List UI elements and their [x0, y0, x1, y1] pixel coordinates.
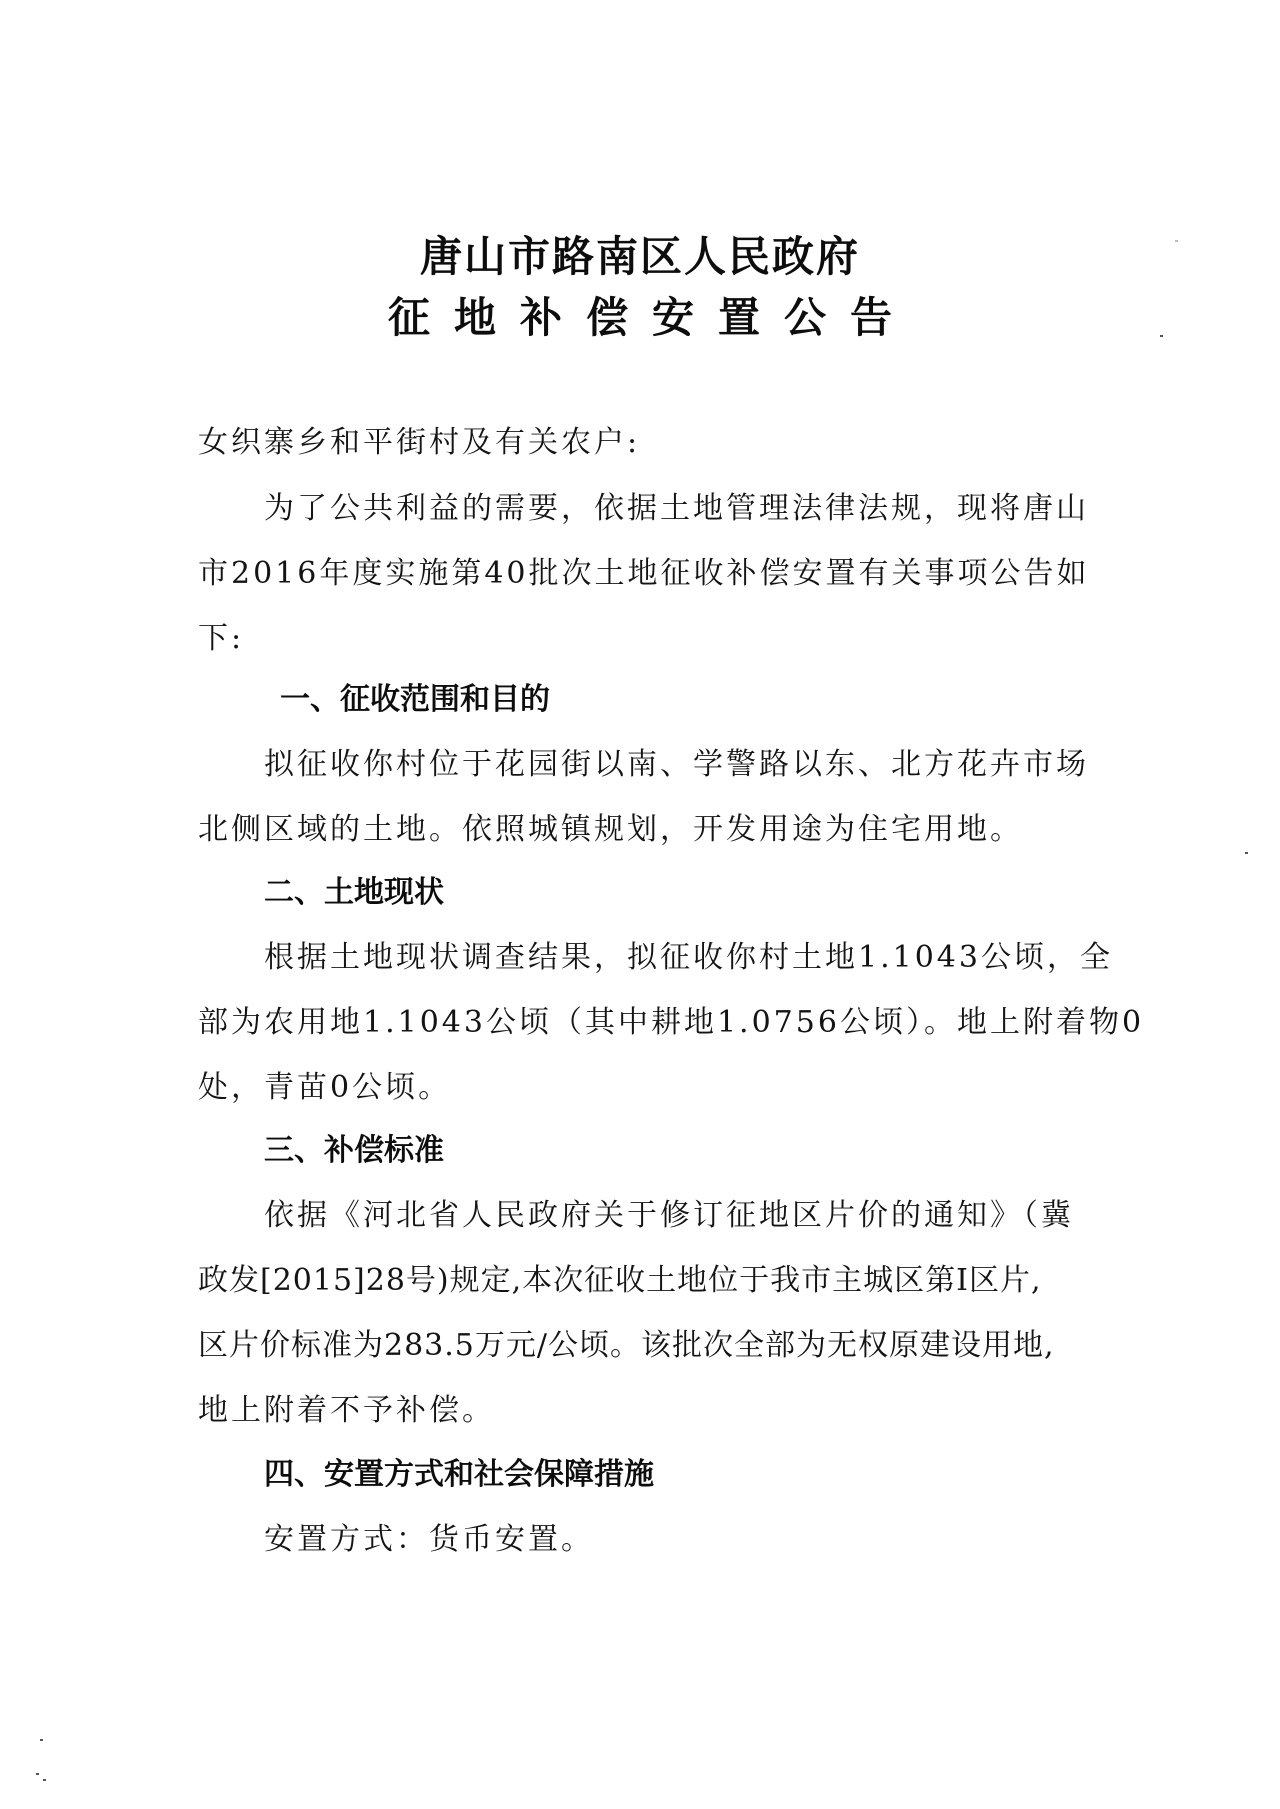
section-2-line-1: 根据土地现状调查结果，拟征收你村土地1.1043公顷，全	[264, 938, 1113, 978]
document-page: 唐山市路南区人民政府 征地补偿安置公告 女织寨乡和平街村及有关农户: 为了公共利…	[0, 0, 1280, 1809]
section-heading-1: 一、征收范围和目的	[280, 680, 550, 720]
intro-line-3: 下:	[198, 619, 244, 659]
scan-speck	[36, 1773, 39, 1775]
scan-speck	[40, 1739, 43, 1741]
section-heading-3: 三、补偿标准	[264, 1131, 444, 1171]
scan-speck	[1175, 240, 1178, 242]
section-3-line-2: 政发[2015]28号)规定,本次征收土地位于我市主城区第I区片,	[198, 1261, 1042, 1301]
section-4-line-1: 安置方式：货币安置。	[264, 1520, 594, 1560]
section-3-line-1: 依据《河北省人民政府关于修订征地区片价的通知》（冀	[264, 1196, 1074, 1236]
salutation: 女织寨乡和平街村及有关农户:	[198, 423, 640, 463]
section-heading-4: 四、安置方式和社会保障措施	[264, 1455, 654, 1495]
scan-speck	[1160, 335, 1163, 337]
scan-speck	[43, 1779, 46, 1781]
document-title-issuer: 唐山市路南区人民政府	[0, 232, 1280, 282]
intro-line-1: 为了公共利益的需要，依据土地管理法律法规，现将唐山	[264, 489, 1089, 529]
document-title-subject: 征地补偿安置公告	[0, 293, 1280, 343]
intro-line-2: 市2016年度实施第40批次土地征收补偿安置有关事项公告如	[198, 554, 1090, 594]
section-3-line-3: 区片价标准为283.5万元/公顷。该批次全部为无权原建设用地,	[198, 1326, 1055, 1366]
scan-speck	[1245, 852, 1248, 854]
section-1-line-2: 北侧区域的土地。依照城镇规划，开发用途为住宅用地。	[198, 810, 1023, 850]
section-2-line-2: 部为农用地1.1043公顷（其中耕地1.0756公顷）。地上附着物0	[198, 1003, 1144, 1043]
section-1-line-1: 拟征收你村位于花园街以南、学警路以东、北方花卉市场	[264, 745, 1089, 785]
section-3-line-4: 地上附着不予补偿。	[198, 1391, 495, 1431]
section-2-line-3: 处，青苗0公顷。	[198, 1068, 451, 1108]
section-heading-2: 二、土地现状	[264, 873, 444, 913]
